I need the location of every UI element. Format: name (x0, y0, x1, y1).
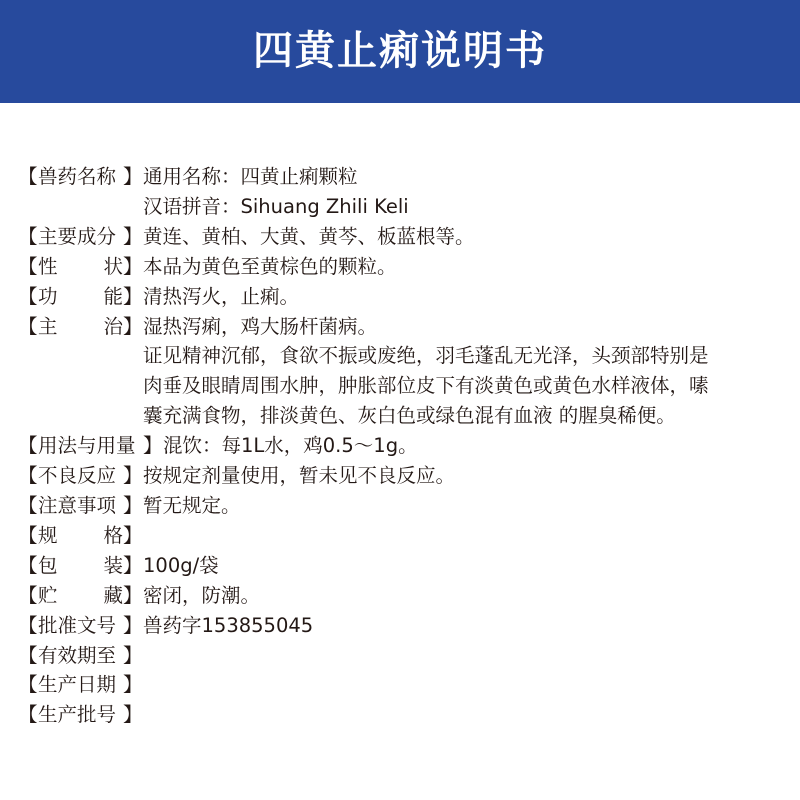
label-text: 批准文号 (38, 611, 123, 641)
label-part: 功 (38, 282, 58, 312)
open-bracket: 【 (18, 222, 38, 252)
label-text: 生产日期 (38, 670, 123, 700)
label-part: 批准文号 (38, 611, 116, 641)
close-bracket: 】 (123, 611, 143, 641)
instruction-row: 【生产日期】 (18, 670, 793, 700)
label-part: 状 (103, 252, 123, 282)
label-part: 主 (38, 312, 58, 342)
open-bracket: 【 (18, 670, 38, 700)
close-bracket: 】 (123, 312, 143, 342)
field-label: 【兽药名称】 (18, 162, 143, 192)
field-value (143, 670, 793, 700)
field-value: 黄连、黄柏、大黄、黄芩、板蓝根等。 (143, 222, 793, 252)
instruction-row: 【贮藏】密闭，防潮。 (18, 581, 793, 611)
instruction-row: 【注意事项】暂无规定。 (18, 491, 793, 521)
field-value: 清热泻火，止痢。 (143, 282, 793, 312)
field-value (143, 521, 793, 551)
field-label: 【性状】 (18, 252, 143, 282)
instruction-row: 【性状】本品为黄色至黄棕色的颗粒。 (18, 252, 793, 282)
label-text: 兽药名称 (38, 162, 123, 192)
instruction-row: 【功能】清热泻火，止痢。 (18, 282, 793, 312)
field-value: 密闭，防潮。 (143, 581, 793, 611)
instruction-row: 【生产批号】 (18, 700, 793, 730)
close-bracket: 】 (123, 222, 143, 252)
close-bracket: 】 (123, 282, 143, 312)
label-part: 藏 (103, 581, 123, 611)
label-text: 用法与用量 (38, 431, 143, 461)
label-part: 兽药名称 (38, 162, 116, 192)
field-label (18, 341, 143, 371)
label-part: 生产批号 (38, 700, 116, 730)
instruction-row: 【兽药名称】通用名称：四黄止痢颗粒 (18, 162, 793, 192)
close-bracket: 】 (123, 461, 143, 491)
instruction-row: 【主治】湿热泻痢，鸡大肠杆菌病。 (18, 312, 793, 342)
label-text: 有效期至 (38, 641, 123, 671)
open-bracket: 【 (18, 521, 38, 551)
instruction-row: 证见精神沉郁，食欲不振或废绝，羽毛蓬乱无光泽，头颈部特别是 (18, 341, 793, 371)
field-value: 通用名称：四黄止痢颗粒 (143, 162, 793, 192)
field-label: 【注意事项】 (18, 491, 143, 521)
label-text: 主治 (38, 312, 123, 342)
label-part: 生产日期 (38, 670, 116, 700)
field-label: 【生产日期】 (18, 670, 143, 700)
field-label: 【不良反应】 (18, 461, 143, 491)
label-part: 贮 (38, 581, 58, 611)
label-part: 用法与用量 (38, 431, 136, 461)
field-value: 混饮：每1L水，鸡0.5～1g。 (163, 431, 793, 461)
label-text: 功能 (38, 282, 123, 312)
field-label: 【主要成分】 (18, 222, 143, 252)
close-bracket: 】 (123, 581, 143, 611)
label-text: 性状 (38, 252, 123, 282)
label-part: 有效期至 (38, 641, 116, 671)
open-bracket: 【 (18, 700, 38, 730)
open-bracket: 【 (18, 162, 38, 192)
field-label: 【用法与用量】 (18, 431, 163, 461)
open-bracket: 【 (18, 461, 38, 491)
open-bracket: 【 (18, 252, 38, 282)
label-text: 包装 (38, 551, 123, 581)
open-bracket: 【 (18, 641, 38, 671)
open-bracket: 【 (18, 491, 38, 521)
field-label (18, 401, 143, 431)
field-label (18, 192, 143, 222)
label-part: 装 (103, 551, 123, 581)
label-part: 注意事项 (38, 491, 116, 521)
label-part: 主要成分 (38, 222, 116, 252)
label-text: 生产批号 (38, 700, 123, 730)
field-label (18, 371, 143, 401)
field-value: 湿热泻痢，鸡大肠杆菌病。 (143, 312, 793, 342)
close-bracket: 】 (123, 252, 143, 282)
instruction-row: 【主要成分】黄连、黄柏、大黄、黄芩、板蓝根等。 (18, 222, 793, 252)
field-label: 【功能】 (18, 282, 143, 312)
instruction-row: 【包装】100g/袋 (18, 551, 793, 581)
field-value: 肉垂及眼睛周围水肿，肿胀部位皮下有淡黄色或黄色水样液体，嗉 (143, 371, 793, 401)
label-part: 包 (38, 551, 58, 581)
open-bracket: 【 (18, 611, 38, 641)
close-bracket: 】 (123, 670, 143, 700)
instruction-row: 【不良反应】按规定剂量使用，暂未见不良反应。 (18, 461, 793, 491)
close-bracket: 】 (123, 491, 143, 521)
open-bracket: 【 (18, 431, 38, 461)
close-bracket: 】 (123, 162, 143, 192)
field-value (143, 641, 793, 671)
label-text: 规格 (38, 521, 123, 551)
label-part: 格 (103, 521, 123, 551)
open-bracket: 【 (18, 551, 38, 581)
field-label: 【包装】 (18, 551, 143, 581)
close-bracket: 】 (123, 551, 143, 581)
label-text: 注意事项 (38, 491, 123, 521)
field-value: 100g/袋 (143, 551, 793, 581)
field-label: 【贮藏】 (18, 581, 143, 611)
field-value: 兽药字153855045 (143, 611, 793, 641)
field-value: 证见精神沉郁，食欲不振或废绝，羽毛蓬乱无光泽，头颈部特别是 (143, 341, 793, 371)
label-part: 治 (103, 312, 123, 342)
field-value (143, 700, 793, 730)
open-bracket: 【 (18, 282, 38, 312)
field-label: 【生产批号】 (18, 700, 143, 730)
label-part: 能 (103, 282, 123, 312)
close-bracket: 】 (143, 431, 163, 461)
label-part: 不良反应 (38, 461, 116, 491)
label-text: 不良反应 (38, 461, 123, 491)
close-bracket: 】 (123, 700, 143, 730)
open-bracket: 【 (18, 581, 38, 611)
instruction-row: 囊充满食物，排淡黄色、灰白色或绿色混有血液 的腥臭稀便。 (18, 401, 793, 431)
instruction-row: 汉语拼音：Sihuang Zhili Keli (18, 192, 793, 222)
instruction-row: 【规格】 (18, 521, 793, 551)
instruction-row: 【批准文号】兽药字153855045 (18, 611, 793, 641)
label-part: 规 (38, 521, 58, 551)
field-label: 【批准文号】 (18, 611, 143, 641)
label-text: 贮藏 (38, 581, 123, 611)
field-label: 【有效期至】 (18, 641, 143, 671)
close-bracket: 】 (123, 641, 143, 671)
title-banner: 四黄止痢说明书 (0, 0, 800, 103)
instruction-row: 【有效期至】 (18, 641, 793, 671)
field-label: 【主治】 (18, 312, 143, 342)
instruction-row: 【用法与用量】混饮：每1L水，鸡0.5～1g。 (18, 431, 793, 461)
label-part: 性 (38, 252, 58, 282)
close-bracket: 】 (123, 521, 143, 551)
field-value: 汉语拼音：Sihuang Zhili Keli (143, 192, 793, 222)
open-bracket: 【 (18, 312, 38, 342)
instruction-body: 【兽药名称】通用名称：四黄止痢颗粒汉语拼音：Sihuang Zhili Keli… (18, 162, 793, 730)
page-title: 四黄止痢说明书 (253, 19, 547, 76)
instruction-row: 肉垂及眼睛周围水肿，肿胀部位皮下有淡黄色或黄色水样液体，嗉 (18, 371, 793, 401)
label-text: 主要成分 (38, 222, 123, 252)
field-value: 暂无规定。 (143, 491, 793, 521)
field-value: 按规定剂量使用，暂未见不良反应。 (143, 461, 793, 491)
field-value: 本品为黄色至黄棕色的颗粒。 (143, 252, 793, 282)
field-label: 【规格】 (18, 521, 143, 551)
field-value: 囊充满食物，排淡黄色、灰白色或绿色混有血液 的腥臭稀便。 (143, 401, 793, 431)
